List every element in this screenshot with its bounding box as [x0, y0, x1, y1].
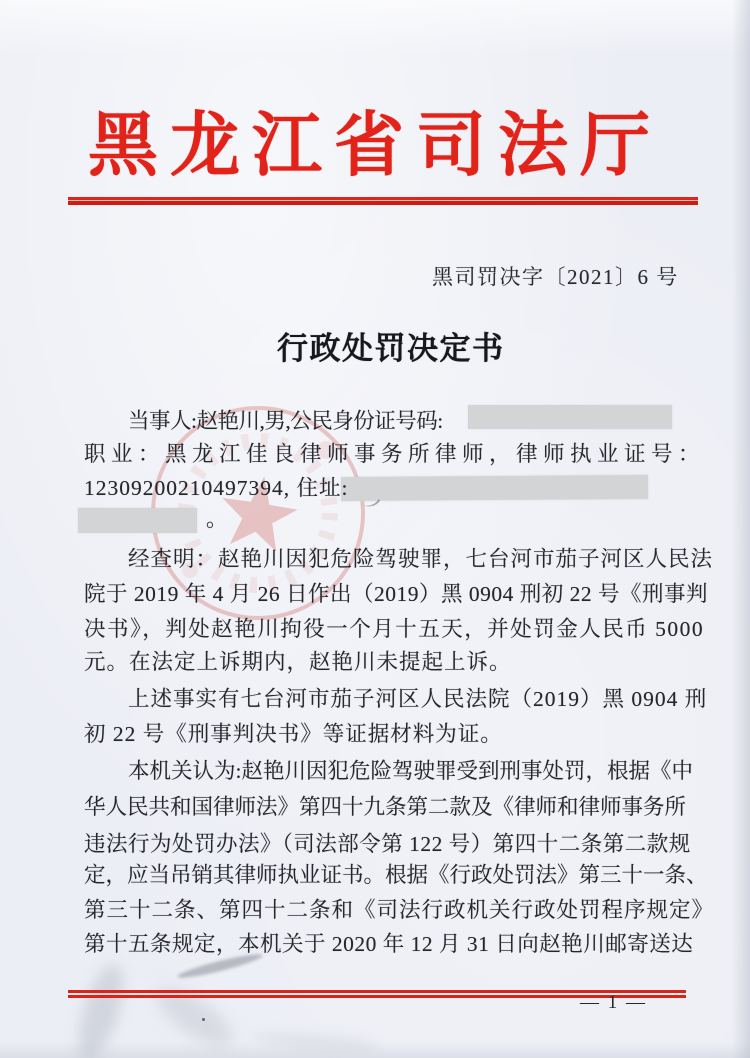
- document-line: 元。在法定上诉期内，赵艳川未提起上诉。: [84, 645, 700, 679]
- document-line: 上述事实有七台河市茄子河区人民法院（2019）黑 0904 刑: [84, 682, 744, 716]
- scan-edge-top: [0, 0, 750, 55]
- document-line: 第三十二条、第四十二条和《司法行政机关行政处罚程序规定》: [84, 893, 700, 927]
- document-line: 第十五条规定，本机关于 2020 年 12 月 31 日向赵艳川邮寄送达: [84, 927, 700, 961]
- document-line: 职业：黑龙江佳良律师事务所律师，律师执业证号：: [84, 437, 700, 471]
- document-line: 华人民共和国律师法》第四十九条第二款及《律师和律师事务所: [84, 790, 700, 824]
- document-line: 本机关认为:赵艳川因犯危险驾驶罪受到刑事处罚，根据《中: [84, 754, 744, 788]
- document-line: 定，应当吊销其律师执业证书。根据《行政处罚法》第三十一条、: [84, 858, 700, 892]
- scanned-document-page: 黑龙江省司法厅 黑司罚决字〔2021〕6 号 行政处罚决定书 当事人:赵艳川,男…: [0, 0, 750, 1058]
- document-line: 决书》，判处赵艳川拘役一个月十五天，并处罚金人民币 5000: [84, 612, 700, 646]
- page-number: — 1 —: [580, 992, 647, 1014]
- document-line: 违法行为处罚办法》（司法部令第 122 号）第四十二条第二款规: [84, 827, 700, 861]
- letterhead-title: 黑龙江省司法厅: [88, 104, 662, 190]
- document-line: 初 22 号《刑事判决书》等证据材料为证。: [84, 717, 700, 751]
- document-line: 12309200210497394, 住址:: [84, 471, 700, 505]
- document-line: 。: [84, 502, 750, 536]
- letterhead-red-rule: [68, 197, 698, 205]
- document-line: 院于 2019 年 4 月 26 日作出（2019）黑 0904 刑初 22 号…: [84, 577, 700, 611]
- document-title: 行政处罚决定书: [277, 323, 505, 368]
- document-line: 当事人:赵艳川,男,公民身份证号码:: [84, 404, 744, 438]
- scan-speck: [202, 1018, 205, 1021]
- document-number: 黑司罚决字〔2021〕6 号: [432, 261, 679, 291]
- document-line: 经查明：赵艳川因犯危险驾驶罪，七台河市茄子河区人民法: [84, 542, 744, 576]
